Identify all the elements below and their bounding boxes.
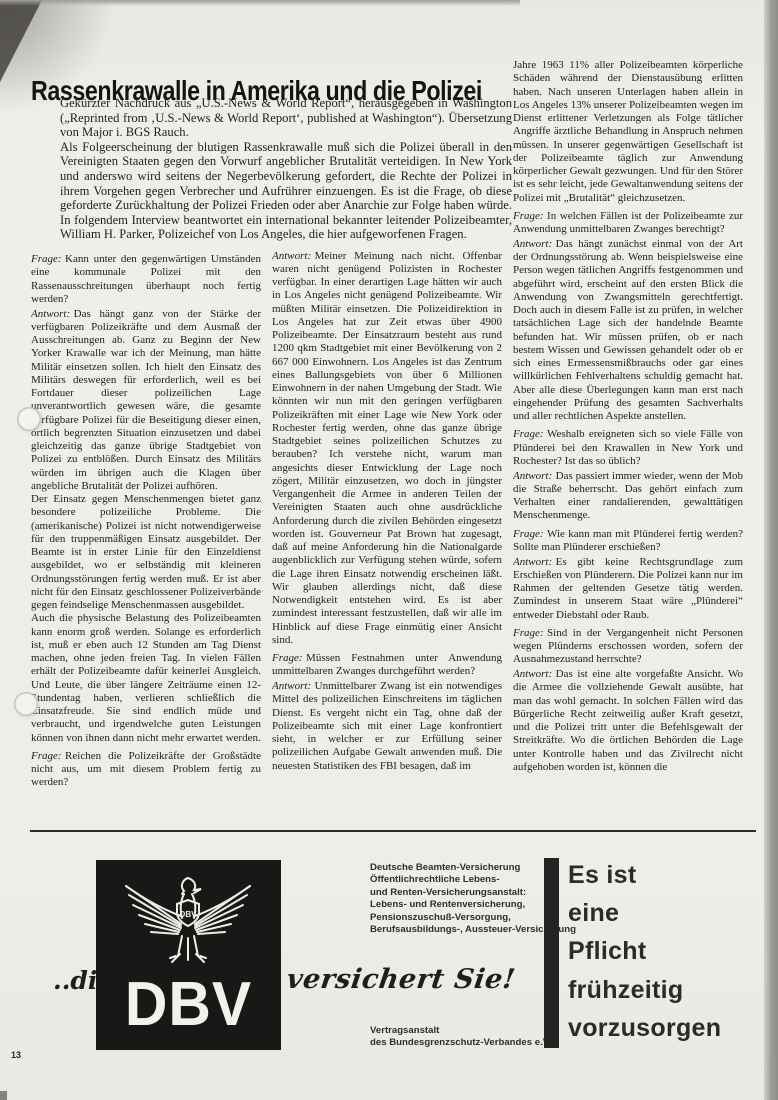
punch-hole-top: [17, 407, 41, 431]
text-column-2: Antwort:Meiner Meinung nach nicht. Offen…: [272, 248, 502, 832]
scan-edge-top: [0, 0, 520, 6]
dbv-eagle-icon: DBV: [118, 872, 258, 973]
paragraph-text: Meiner Meinung nach nicht. Offenbar ware…: [272, 250, 502, 646]
question-label: Frage:: [513, 528, 544, 540]
paragraph-text: Wie kann man mit Plünderei fertig werden…: [513, 528, 743, 553]
answer-paragraph: Antwort:Meiner Meinung nach nicht. Offen…: [272, 250, 502, 648]
paragraph-text: Reichen die Polizeikräfte der Großstädte…: [31, 750, 261, 789]
dbv-shield-letters: DBV: [180, 910, 198, 919]
ad-claim-text: Es ist eine Pflicht frühzeitig vorzusorg…: [568, 856, 721, 1047]
page-number: 13: [11, 1050, 21, 1060]
answer-paragraph: Antwort:Das passiert immer wieder, wenn …: [513, 470, 743, 523]
paragraph-text: Unmittelbarer Zwang ist ein notwendiges …: [272, 680, 502, 772]
answer-label: Antwort:: [513, 556, 552, 568]
paragraph-text: Weshalb ereigneten sich so viele Fälle v…: [513, 428, 743, 467]
claim-line: frühzeitig: [568, 971, 721, 1009]
answer-label: Antwort:: [513, 470, 552, 482]
punch-hole-bottom: [14, 692, 38, 716]
claim-line: Es ist: [568, 856, 721, 894]
dbv-logo-text: DBV: [101, 974, 277, 1036]
question-paragraph: Frage:Kann unter den gegenwärtigen Umstä…: [31, 253, 261, 306]
paragraph-text: Sind in der Vergangenheit nicht Personen…: [513, 627, 743, 666]
ad-claim-bar: [544, 858, 559, 1048]
intro-lead: Als Folgeerscheinung der blutigen Rassen…: [60, 140, 512, 242]
agency-line: Vertragsanstalt: [370, 1025, 551, 1037]
magazine-page: Rassenkrawalle in Amerika und die Polize…: [0, 0, 778, 1100]
article-intro: Gekürzter Nachdruck aus „U.S.-News & Wor…: [60, 96, 512, 242]
question-label: Frage:: [513, 210, 544, 222]
scan-corner-mark: [0, 0, 42, 82]
claim-line: Pflicht: [568, 932, 721, 970]
answer-paragraph: Antwort:Es gibt keine Rechtsgrundlage zu…: [513, 556, 743, 622]
question-paragraph: Frage:Wie kann man mit Plünderei fertig …: [513, 528, 743, 555]
question-label: Frage:: [31, 750, 62, 762]
section-divider: [30, 830, 756, 832]
claim-line: vorzusorgen: [568, 1009, 721, 1047]
scan-edge-right: [764, 0, 778, 1100]
body-paragraph: Jahre 1963 11% aller Polizeibeamten körp…: [513, 59, 743, 205]
answer-label: Antwort:: [272, 250, 311, 262]
paragraph-text: In welchen Fällen ist der Polizeibeamte …: [513, 210, 743, 235]
text-column-3: Jahre 1963 11% aller Polizeibeamten körp…: [513, 59, 743, 831]
paragraph-text: Kann unter den gegenwärtigen Umständen e…: [31, 253, 261, 305]
claim-line: eine: [568, 894, 721, 932]
question-paragraph: Frage:Weshalb ereigneten sich so viele F…: [513, 428, 743, 468]
question-label: Frage:: [31, 253, 62, 265]
question-label: Frage:: [513, 428, 544, 440]
question-label: Frage:: [513, 627, 544, 639]
paragraph-text: Das hängt ganz von der Stärke der verfüg…: [31, 308, 261, 492]
answer-label: Antwort:: [272, 680, 311, 692]
paragraph-text: Das hängt zunächst einmal von der Art de…: [513, 238, 743, 422]
answer-label: Antwort:: [31, 308, 70, 320]
body-paragraph: Der Einsatz gegen Menschenmengen bietet …: [31, 493, 261, 612]
paragraph-text: Müssen Festnahmen unter Anwendung unmitt…: [272, 652, 502, 677]
question-label: Frage:: [272, 652, 303, 664]
ad-slogan-script: versichert Sie!: [285, 964, 518, 995]
paragraph-text: Das ist eine alte vorgefaßte Ansicht. Wo…: [513, 668, 743, 773]
question-paragraph: Frage:In welchen Fällen ist der Polizeib…: [513, 210, 743, 237]
answer-paragraph: Antwort:Das ist eine alte vorgefaßte Ans…: [513, 668, 743, 774]
answer-label: Antwort:: [513, 238, 552, 250]
intro-source-note: Gekürzter Nachdruck aus „U.S.-News & Wor…: [60, 96, 512, 140]
scan-mark-bottom-left: [0, 1091, 7, 1100]
question-paragraph: Frage:Reichen die Polizeikräfte der Groß…: [31, 750, 261, 790]
ad-agency-info: Vertragsanstalt des Bundesgrenzschutz-Ve…: [370, 1025, 551, 1050]
question-paragraph: Frage:Müssen Festnahmen unter Anwendung …: [272, 652, 502, 679]
answer-paragraph: Antwort:Unmittelbarer Zwang ist ein notw…: [272, 680, 502, 773]
answer-paragraph: Antwort:Das hängt zunächst einmal von de…: [513, 238, 743, 424]
text-column-1: Frage:Kann unter den gegenwärtigen Umstä…: [31, 248, 261, 832]
body-paragraph: Auch die physische Belastung des Polizei…: [31, 612, 261, 745]
answer-label: Antwort:: [513, 668, 552, 680]
dbv-logo-box: DBV DBV: [96, 860, 281, 1050]
agency-line: des Bundesgrenzschutz-Verbandes e.V.: [370, 1037, 551, 1049]
question-paragraph: Frage:Sind in der Vergangenheit nicht Pe…: [513, 627, 743, 667]
answer-paragraph: Antwort:Das hängt ganz von der Stärke de…: [31, 308, 261, 494]
